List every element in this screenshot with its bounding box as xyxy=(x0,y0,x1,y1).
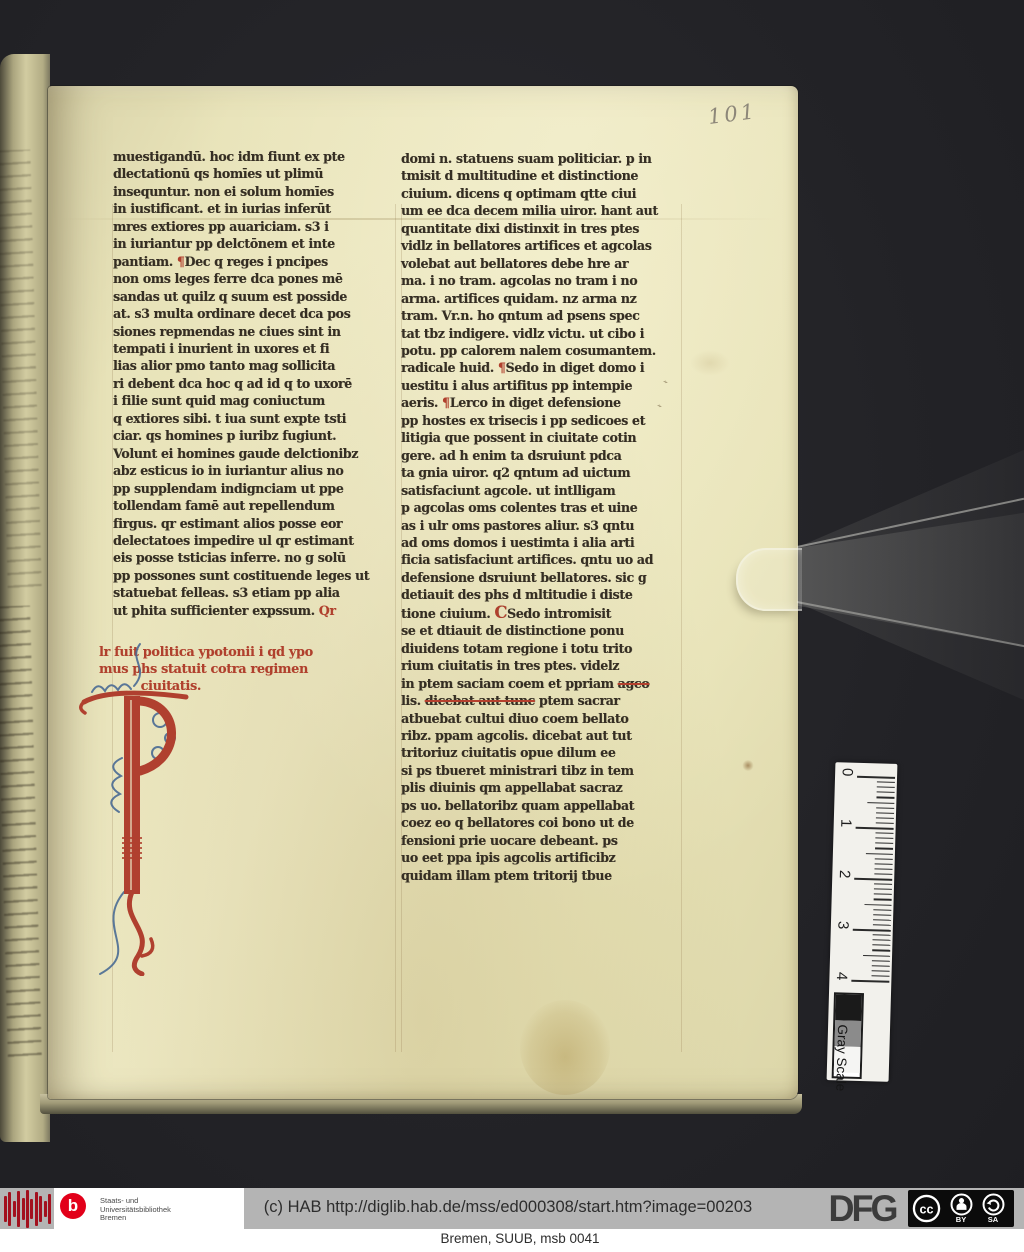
ruler-minor-tick xyxy=(873,924,891,926)
ruler-number: 2 xyxy=(836,870,853,886)
text-segment: ptem sacrar atbuebat cultui diuo coem be… xyxy=(401,693,634,883)
ruling-line xyxy=(395,204,396,1052)
ruler-minor-tick xyxy=(872,970,890,972)
facing-page-text-blur xyxy=(0,606,42,1067)
ruler-minor-tick xyxy=(873,914,891,916)
ruler-major-tick xyxy=(856,827,894,830)
ruler-minor-tick xyxy=(876,817,894,819)
by-label: BY xyxy=(950,1215,972,1224)
ruler-minor-tick xyxy=(873,909,891,911)
ruler-minor-tick xyxy=(875,858,893,860)
ruler-minor-tick xyxy=(872,939,890,941)
barcode-bar xyxy=(30,1199,33,1219)
ruler-minor-tick xyxy=(866,853,893,855)
rubricated-segment: dicebat aut tunc xyxy=(425,693,535,708)
svg-text:cc: cc xyxy=(920,1202,934,1216)
ruler-minor-tick xyxy=(874,868,892,870)
left-text-column-continued xyxy=(113,699,397,922)
rubricated-segment: Qr xyxy=(319,603,336,618)
ruler-major-tick xyxy=(853,929,891,932)
ruler-major-tick xyxy=(851,980,889,983)
initial-letter-reserve xyxy=(147,734,179,787)
dfg-logo: DFG xyxy=(814,1188,910,1230)
gray-scale-patch-black xyxy=(835,994,862,1021)
text-segment: lis. xyxy=(401,693,425,708)
ruler-minor-tick xyxy=(875,848,893,850)
copyright-url: (c) HAB http://diglib.hab.de/mss/ed00030… xyxy=(198,1198,818,1217)
text-segment: Lerco in diget defensione pp hostes ex t… xyxy=(401,395,653,620)
ruler-minor-tick xyxy=(872,945,890,947)
ruler-minor-tick xyxy=(877,792,895,794)
ruler-minor-tick xyxy=(875,838,893,840)
ruler-number: 0 xyxy=(838,768,855,784)
barcode-bar xyxy=(13,1201,16,1217)
ruler-minor-tick xyxy=(873,934,891,936)
by-person-icon xyxy=(950,1193,973,1216)
sa-arrow-icon xyxy=(982,1193,1005,1216)
ruler-minor-tick xyxy=(875,843,893,845)
color-ruler: 01234 Gray Scale xyxy=(827,762,898,1082)
ruler-minor-tick xyxy=(874,883,892,885)
barcode-bar xyxy=(26,1190,29,1228)
ruler-minor-tick xyxy=(874,899,892,901)
ruler-minor-tick xyxy=(877,781,895,783)
text-segment: Dec q reges i pncipes non oms leges ferr… xyxy=(113,254,369,618)
barcode-bar xyxy=(4,1196,7,1222)
rubricated-segment: ¶ xyxy=(442,395,450,410)
page-stain xyxy=(742,760,754,771)
ruler-major-tick xyxy=(854,878,892,881)
suub-barcode-logo xyxy=(4,1190,54,1228)
left-text-column: muestigandū. hoc idm fiunt ex pte dlecta… xyxy=(113,148,395,619)
ruler-minor-tick xyxy=(875,863,893,865)
ruler-minor-tick xyxy=(872,960,890,962)
rubricated-segment: agco xyxy=(618,676,650,691)
barcode-bar xyxy=(17,1191,20,1227)
ruler-numbers: 01234 xyxy=(835,762,897,764)
page-stain xyxy=(690,350,730,376)
ruler-major-tick xyxy=(857,776,895,779)
ruler-number: 4 xyxy=(833,972,850,988)
barcode-bar xyxy=(44,1201,47,1217)
sa-label: SA xyxy=(982,1215,1004,1224)
ruler-ticks xyxy=(835,762,897,764)
ruler-minor-tick xyxy=(872,965,890,967)
suub-b-logo: b xyxy=(60,1193,86,1219)
rubricated-segment: ¶ xyxy=(177,254,185,269)
ruler-minor-tick xyxy=(867,802,894,804)
facing-page-text-blur xyxy=(0,150,42,591)
right-text-column: domi n. statuens suam politiciar. p in t… xyxy=(401,150,683,884)
gray-scale-label: Gray Scale xyxy=(832,1024,850,1134)
facing-page-edge xyxy=(0,54,50,1142)
ruler-minor-tick xyxy=(874,873,892,875)
shelfmark-caption: Bremen, SUUB, msb 0041 xyxy=(300,1231,740,1246)
ruler-minor-tick xyxy=(876,822,894,824)
cc-license-badge: cc BY SA xyxy=(908,1190,1014,1227)
rubricated-segment: C xyxy=(494,603,507,622)
page-holder-clip xyxy=(736,548,802,611)
barcode-bar xyxy=(35,1192,38,1226)
barcode-bar xyxy=(48,1194,51,1224)
ruler-minor-tick xyxy=(872,950,890,952)
ruler-minor-tick xyxy=(875,832,893,834)
page-stain xyxy=(520,1000,610,1095)
text-segment: domi n. statuens suam politiciar. p in t… xyxy=(401,151,658,375)
barcode-bar xyxy=(22,1198,25,1220)
ruler-minor-tick xyxy=(874,889,892,891)
ruler-minor-tick xyxy=(874,894,892,896)
manuscript-photo: 101 muestigandū. hoc idm fiunt ex pte dl… xyxy=(0,0,1024,1252)
rubricated-segment: lr fuit politica ypotonii i qd ypo mus p… xyxy=(99,645,313,694)
ruler-minor-tick xyxy=(864,904,891,906)
ruler-minor-tick xyxy=(877,787,895,789)
cc-icon: cc xyxy=(912,1194,941,1223)
ruler-number: 3 xyxy=(834,921,851,937)
rubricated-segment: ¶ xyxy=(498,360,506,375)
ruler-minor-tick xyxy=(876,797,894,799)
barcode-bar xyxy=(8,1192,11,1226)
text-segment: muestigandū. hoc idm fiunt ex pte dlecta… xyxy=(113,149,345,269)
ruler-minor-tick xyxy=(873,919,891,921)
ruler-minor-tick xyxy=(871,975,889,977)
ruler-number: 1 xyxy=(837,819,854,835)
barcode-bar xyxy=(39,1196,42,1222)
ruler-minor-tick xyxy=(876,807,894,809)
ruler-minor-tick xyxy=(863,955,890,957)
ruler-minor-tick xyxy=(876,812,894,814)
initial-letter-reserve xyxy=(113,716,147,922)
rubric: lr fuit politica ypotonii i qd ypo mus p… xyxy=(99,645,389,696)
